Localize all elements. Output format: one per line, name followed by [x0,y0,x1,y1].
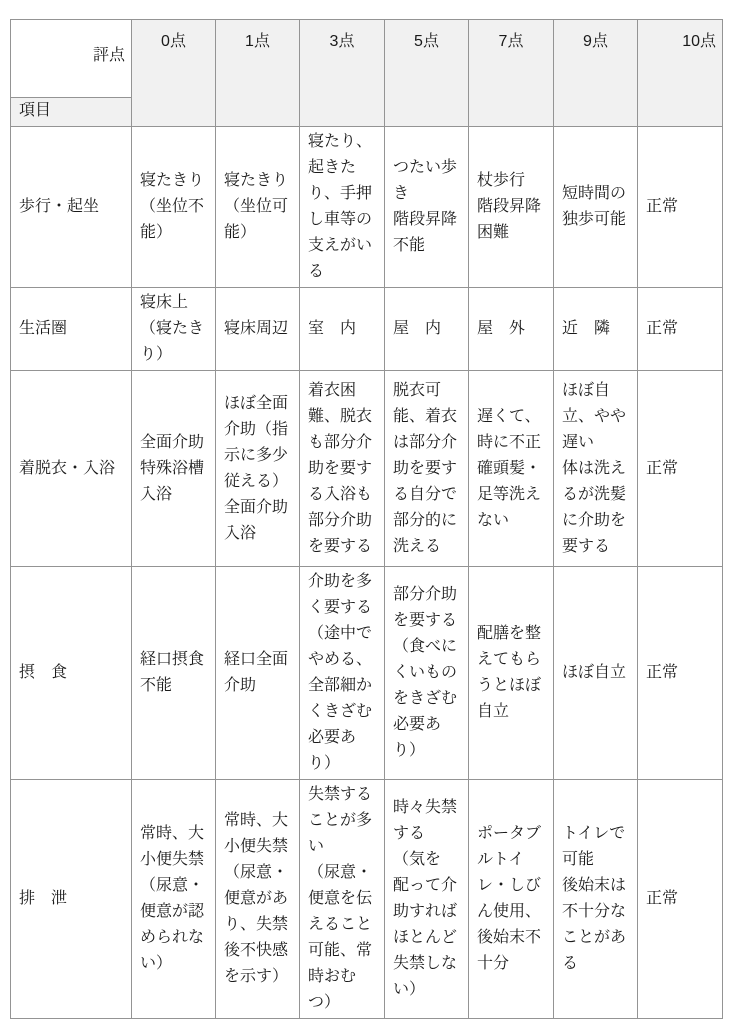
table-cell: 短時間の独歩可能 [554,127,638,288]
table-cell: ほぼ自立 [554,567,638,780]
table-cell: 部分介助を要する（食べにくいものをきざむ必要あり） [385,567,469,780]
score-header-3: 3点 [300,20,385,127]
table-cell: 配膳を整えてもらうとほぼ自立 [469,567,554,780]
table-row-walking: 歩行・起坐 寝たきり（坐位不能） 寝たきり（坐位可能） 寝たり、起きたり、手押し… [11,127,723,288]
table-cell: 常時、大小便失禁（尿意・便意が認められない） [132,780,216,1019]
table-cell: 寝たきり（坐位可能） [216,127,300,288]
table-cell: 正常 [638,567,723,780]
row-label: 歩行・起坐 [11,127,132,288]
table-cell: 近 隣 [554,288,638,371]
table-cell: 脱衣可能、着衣は部分介助を要する自分で部分的に洗える [385,371,469,567]
table-row-eating: 摂 食 経口摂食不能 経口全面介助 介助を多く要する（途中でやめる、全部細かくき… [11,567,723,780]
table-cell: 寝床上（寝たきり） [132,288,216,371]
table-cell: ほぼ自立、やや遅い 体は洗えるが洗髪に介助を要する [554,371,638,567]
table-row-living-range: 生活圏 寝床上（寝たきり） 寝床周辺 室 内 屋 内 屋 外 近 隣 正常 [11,288,723,371]
row-label: 排 泄 [11,780,132,1019]
table-cell: 全面介助特殊浴槽入浴 [132,371,216,567]
table-cell: 経口全面介助 [216,567,300,780]
header-row: 評点 0点 1点 3点 5点 7点 9点 10点 [11,20,723,98]
score-header-9: 9点 [554,20,638,127]
table-cell: 失禁することが多い （尿意・便意を伝えること可能、常時おむつ） [300,780,385,1019]
table-cell: 経口摂食不能 [132,567,216,780]
row-label: 着脱衣・入浴 [11,371,132,567]
score-header-1: 1点 [216,20,300,127]
row-label: 生活圏 [11,288,132,371]
score-header-7: 7点 [469,20,554,127]
table-cell: 正常 [638,288,723,371]
table-cell: 室 内 [300,288,385,371]
corner-item-label: 項目 [11,98,132,127]
table-cell: 屋 内 [385,288,469,371]
table-row-excretion: 排 泄 常時、大小便失禁（尿意・便意が認められない） 常時、大小便失禁（尿意・便… [11,780,723,1019]
table-cell: ほぼ全面介助（指示に多少従える）全面介助入浴 [216,371,300,567]
table-cell: 時々失禁する （気を配って介助すればほとんど失禁しない） [385,780,469,1019]
corner-score-label: 評点 [11,20,132,98]
table-cell: 遅くて、時に不正確頭髪・足等洗えない [469,371,554,567]
score-header-5: 5点 [385,20,469,127]
table-cell: 杖歩行 階段昇降困難 [469,127,554,288]
row-label: 摂 食 [11,567,132,780]
table-cell: 介助を多く要する（途中でやめる、全部細かくきざむ必要あり） [300,567,385,780]
table-cell: 寝たきり（坐位不能） [132,127,216,288]
score-header-0: 0点 [132,20,216,127]
score-header-10: 10点 [638,20,723,127]
table-cell: 寝たり、起きたり、手押し車等の支えがいる [300,127,385,288]
table-cell: つたい歩き 階段昇降不能 [385,127,469,288]
assessment-page: 評点 0点 1点 3点 5点 7点 9点 10点 項目 歩行・起坐 寝たきり（坐… [0,0,741,1024]
table-cell: 寝床周辺 [216,288,300,371]
table-cell: トイレで可能 後始末は不十分なことがある [554,780,638,1019]
table-cell: 着衣困難、脱衣も部分介助を要する入浴も部分介助を要する [300,371,385,567]
table-cell: 常時、大小便失禁（尿意・便意があり、失禁後不快感を示す） [216,780,300,1019]
table-cell: 屋 外 [469,288,554,371]
table-cell: 正常 [638,780,723,1019]
adl-score-table: 評点 0点 1点 3点 5点 7点 9点 10点 項目 歩行・起坐 寝たきり（坐… [10,19,723,1019]
table-row-dressing-bathing: 着脱衣・入浴 全面介助特殊浴槽入浴 ほぼ全面介助（指示に多少従える）全面介助入浴… [11,371,723,567]
table-cell: ポータブルトイレ・しびん使用、後始末不十分 [469,780,554,1019]
table-cell: 正常 [638,127,723,288]
table-cell: 正常 [638,371,723,567]
